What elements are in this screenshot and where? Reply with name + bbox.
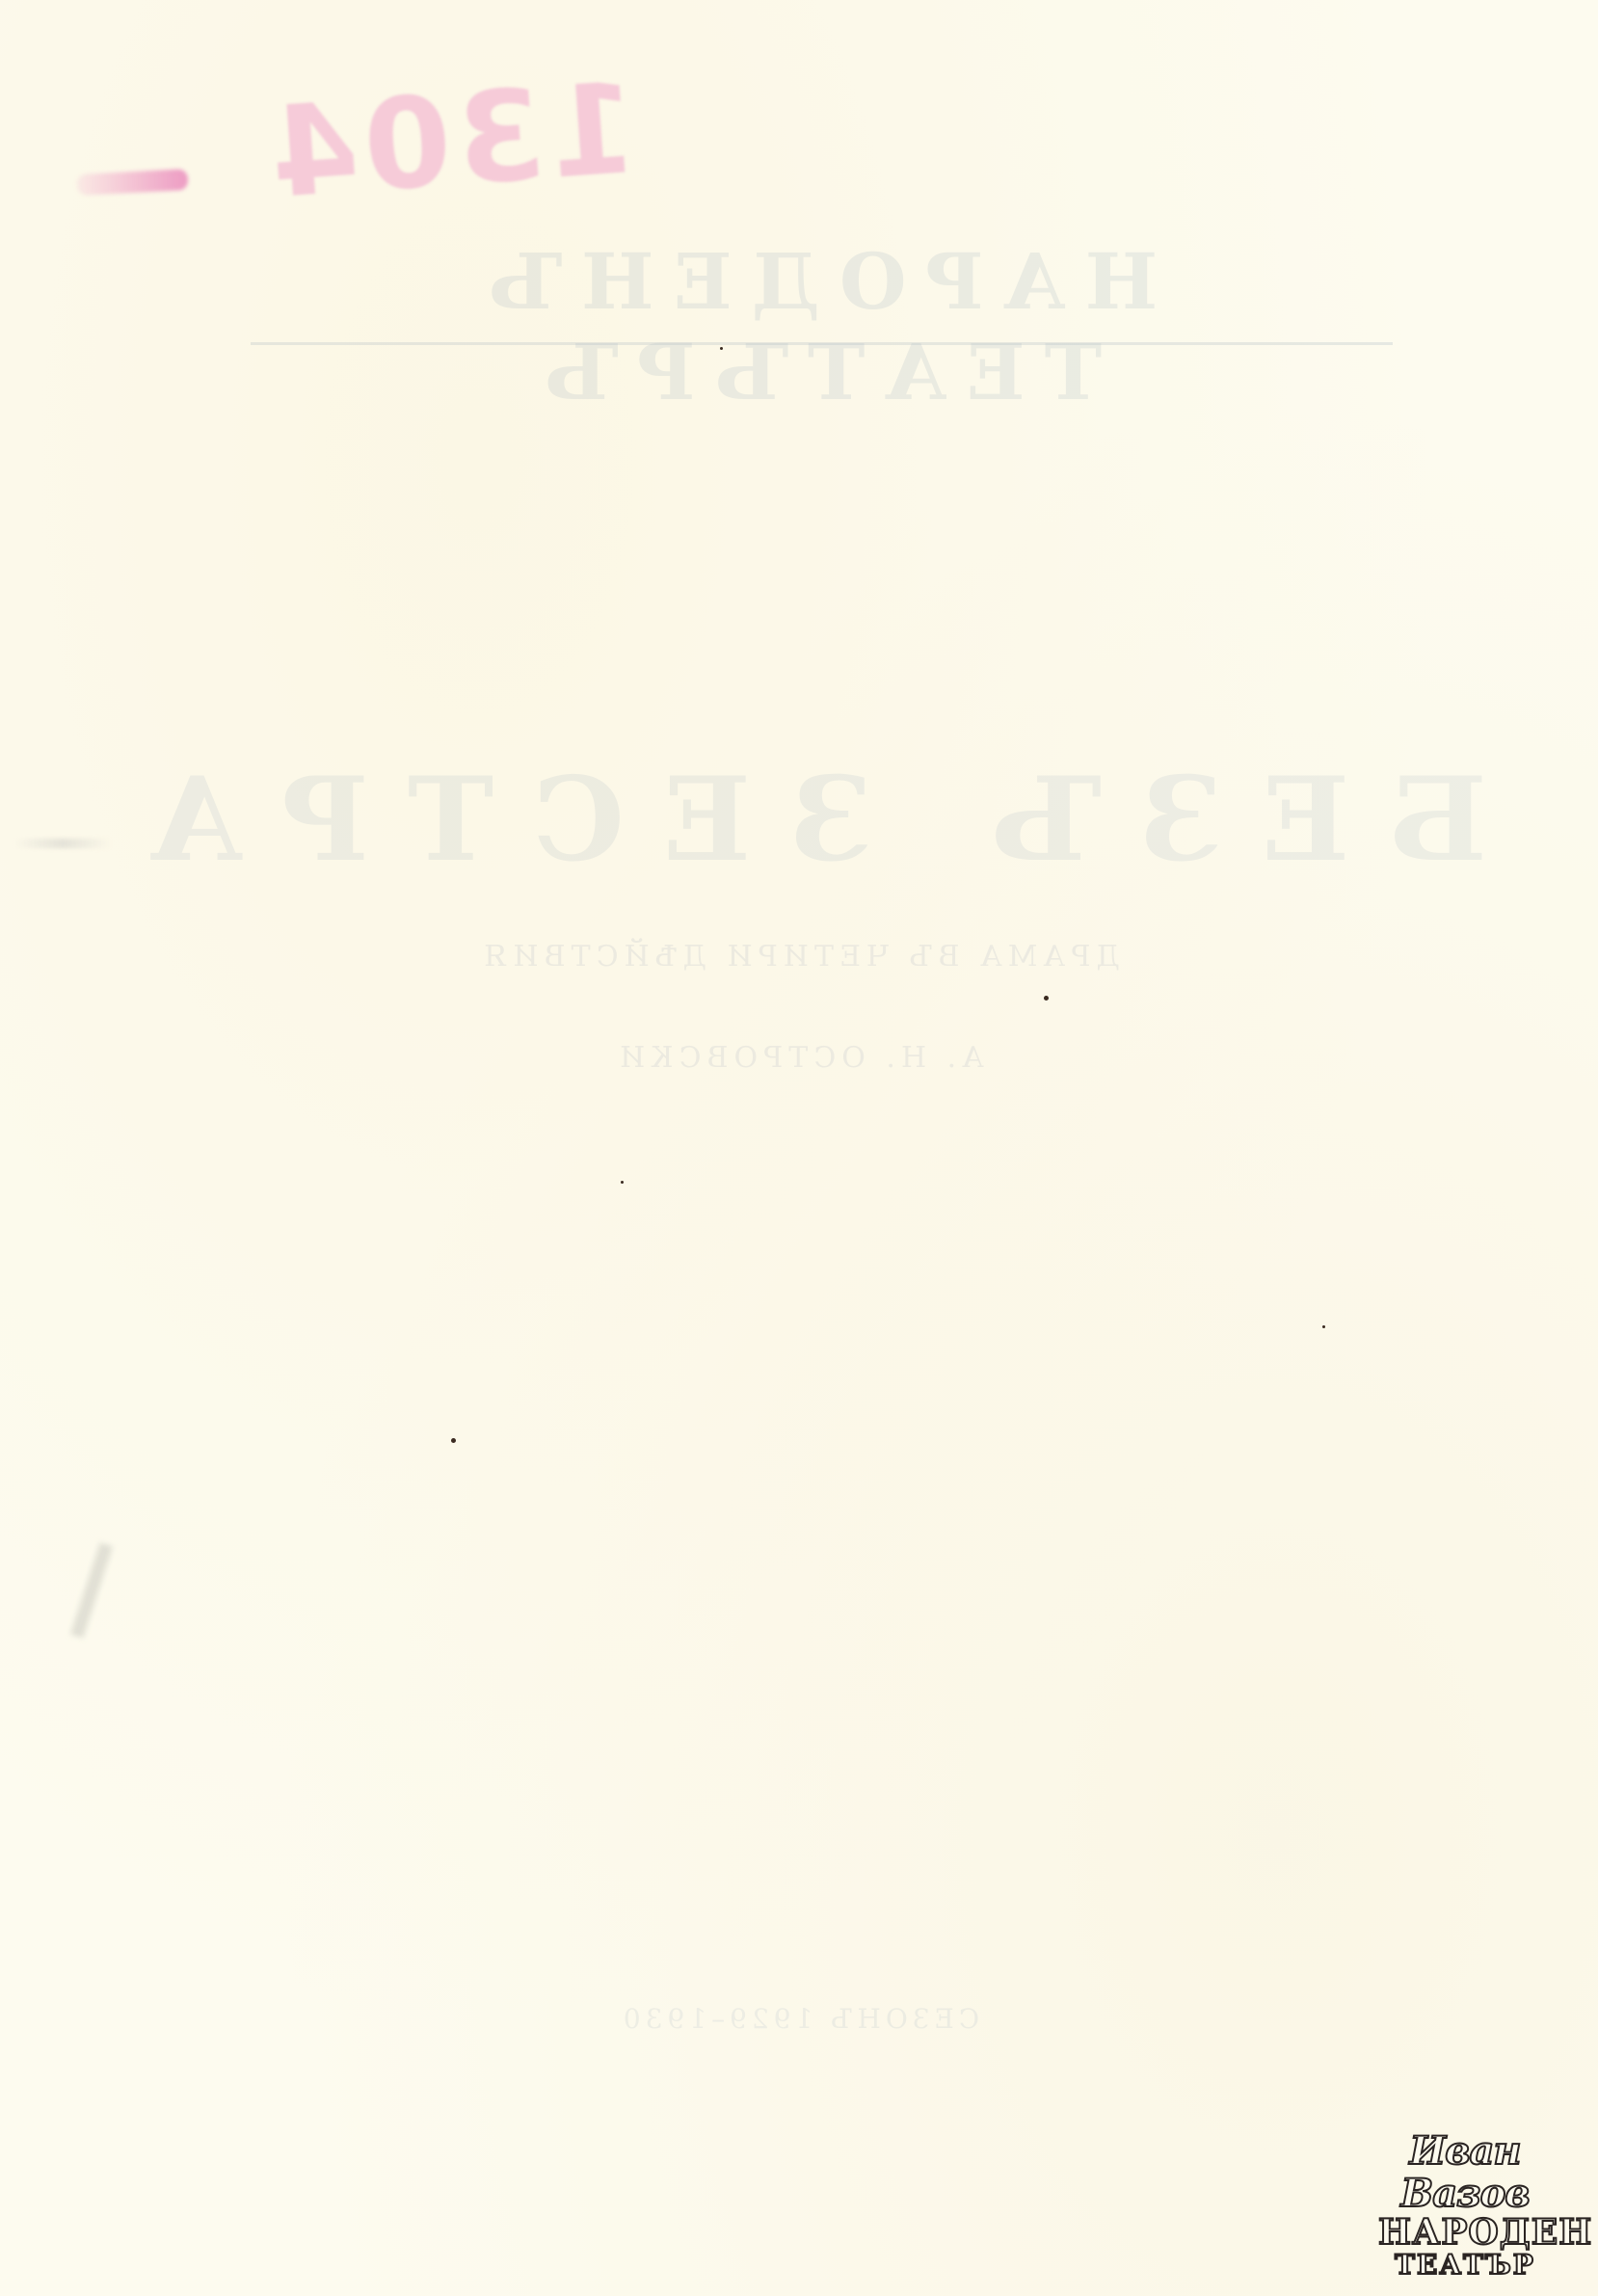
ink-speck <box>1322 1325 1325 1328</box>
ink-speck <box>720 347 723 350</box>
logo-line-national: НАРОДЕН <box>1378 2215 1552 2250</box>
paper-fold-mark <box>14 839 111 848</box>
show-through-title: БЕЗЪ ЗЕСТРА <box>0 752 1598 888</box>
stamp-number: 1304 <box>260 55 641 227</box>
ink-speck <box>621 1181 624 1184</box>
show-through-rule <box>251 342 1393 345</box>
stamp-dash <box>77 169 189 196</box>
logo-line-theatre: ТЕАТЪР <box>1378 2252 1552 2279</box>
show-through-subtitle: ДРАМА ВЪ ЧЕТИРИ ДѢЙСТВИЯ <box>0 940 1598 974</box>
ink-speck <box>451 1438 456 1443</box>
logo-signature: Иван Вазов <box>1378 2130 1552 2215</box>
national-theatre-logo: Иван Вазов НАРОДЕН ТЕАТЪР <box>1378 2130 1552 2279</box>
show-through-header: НАРОДЕНЪ ТЕАТЪРЪ <box>251 236 1376 417</box>
show-through-footer: СЕЗОНЪ 1929–1930 <box>0 2003 1598 2035</box>
ink-speck <box>1044 996 1049 1001</box>
handwritten-stamp: 1304 <box>77 67 530 251</box>
show-through-author: А. Н. ОСТРОВСКИ <box>0 1041 1598 1075</box>
